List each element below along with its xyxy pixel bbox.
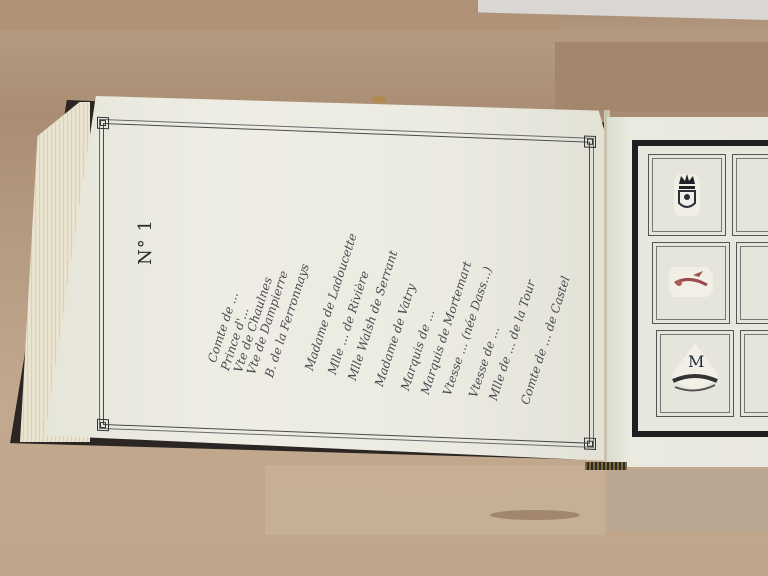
wood-plank — [0, 0, 560, 30]
crest-grid: M — [632, 140, 768, 437]
page-number: N° 1 — [135, 219, 156, 265]
crest-cell — [732, 154, 768, 236]
crest-cell — [652, 242, 730, 324]
wood-knot — [490, 510, 580, 520]
corner-ornament-icon — [97, 419, 109, 431]
crest-cell: M — [656, 330, 734, 417]
wood-plank — [555, 42, 768, 112]
wood-plank — [610, 470, 768, 530]
corner-ornament-icon — [584, 135, 596, 147]
corner-ornament-icon — [97, 117, 109, 129]
corner-ornament-icon — [584, 437, 596, 449]
crest-cell — [648, 154, 726, 236]
wood-plank — [265, 465, 605, 535]
crest-cell — [740, 330, 768, 417]
crest-cell — [736, 242, 768, 324]
monogram-m-crest-icon: M — [667, 341, 723, 401]
left-page-frame — [103, 123, 590, 444]
ribbon-bird-crest-icon — [667, 263, 715, 301]
svg-text:M: M — [688, 352, 704, 371]
spine-binding — [585, 462, 627, 470]
paper-stain — [372, 96, 386, 103]
crown-crest-icon — [671, 170, 703, 218]
